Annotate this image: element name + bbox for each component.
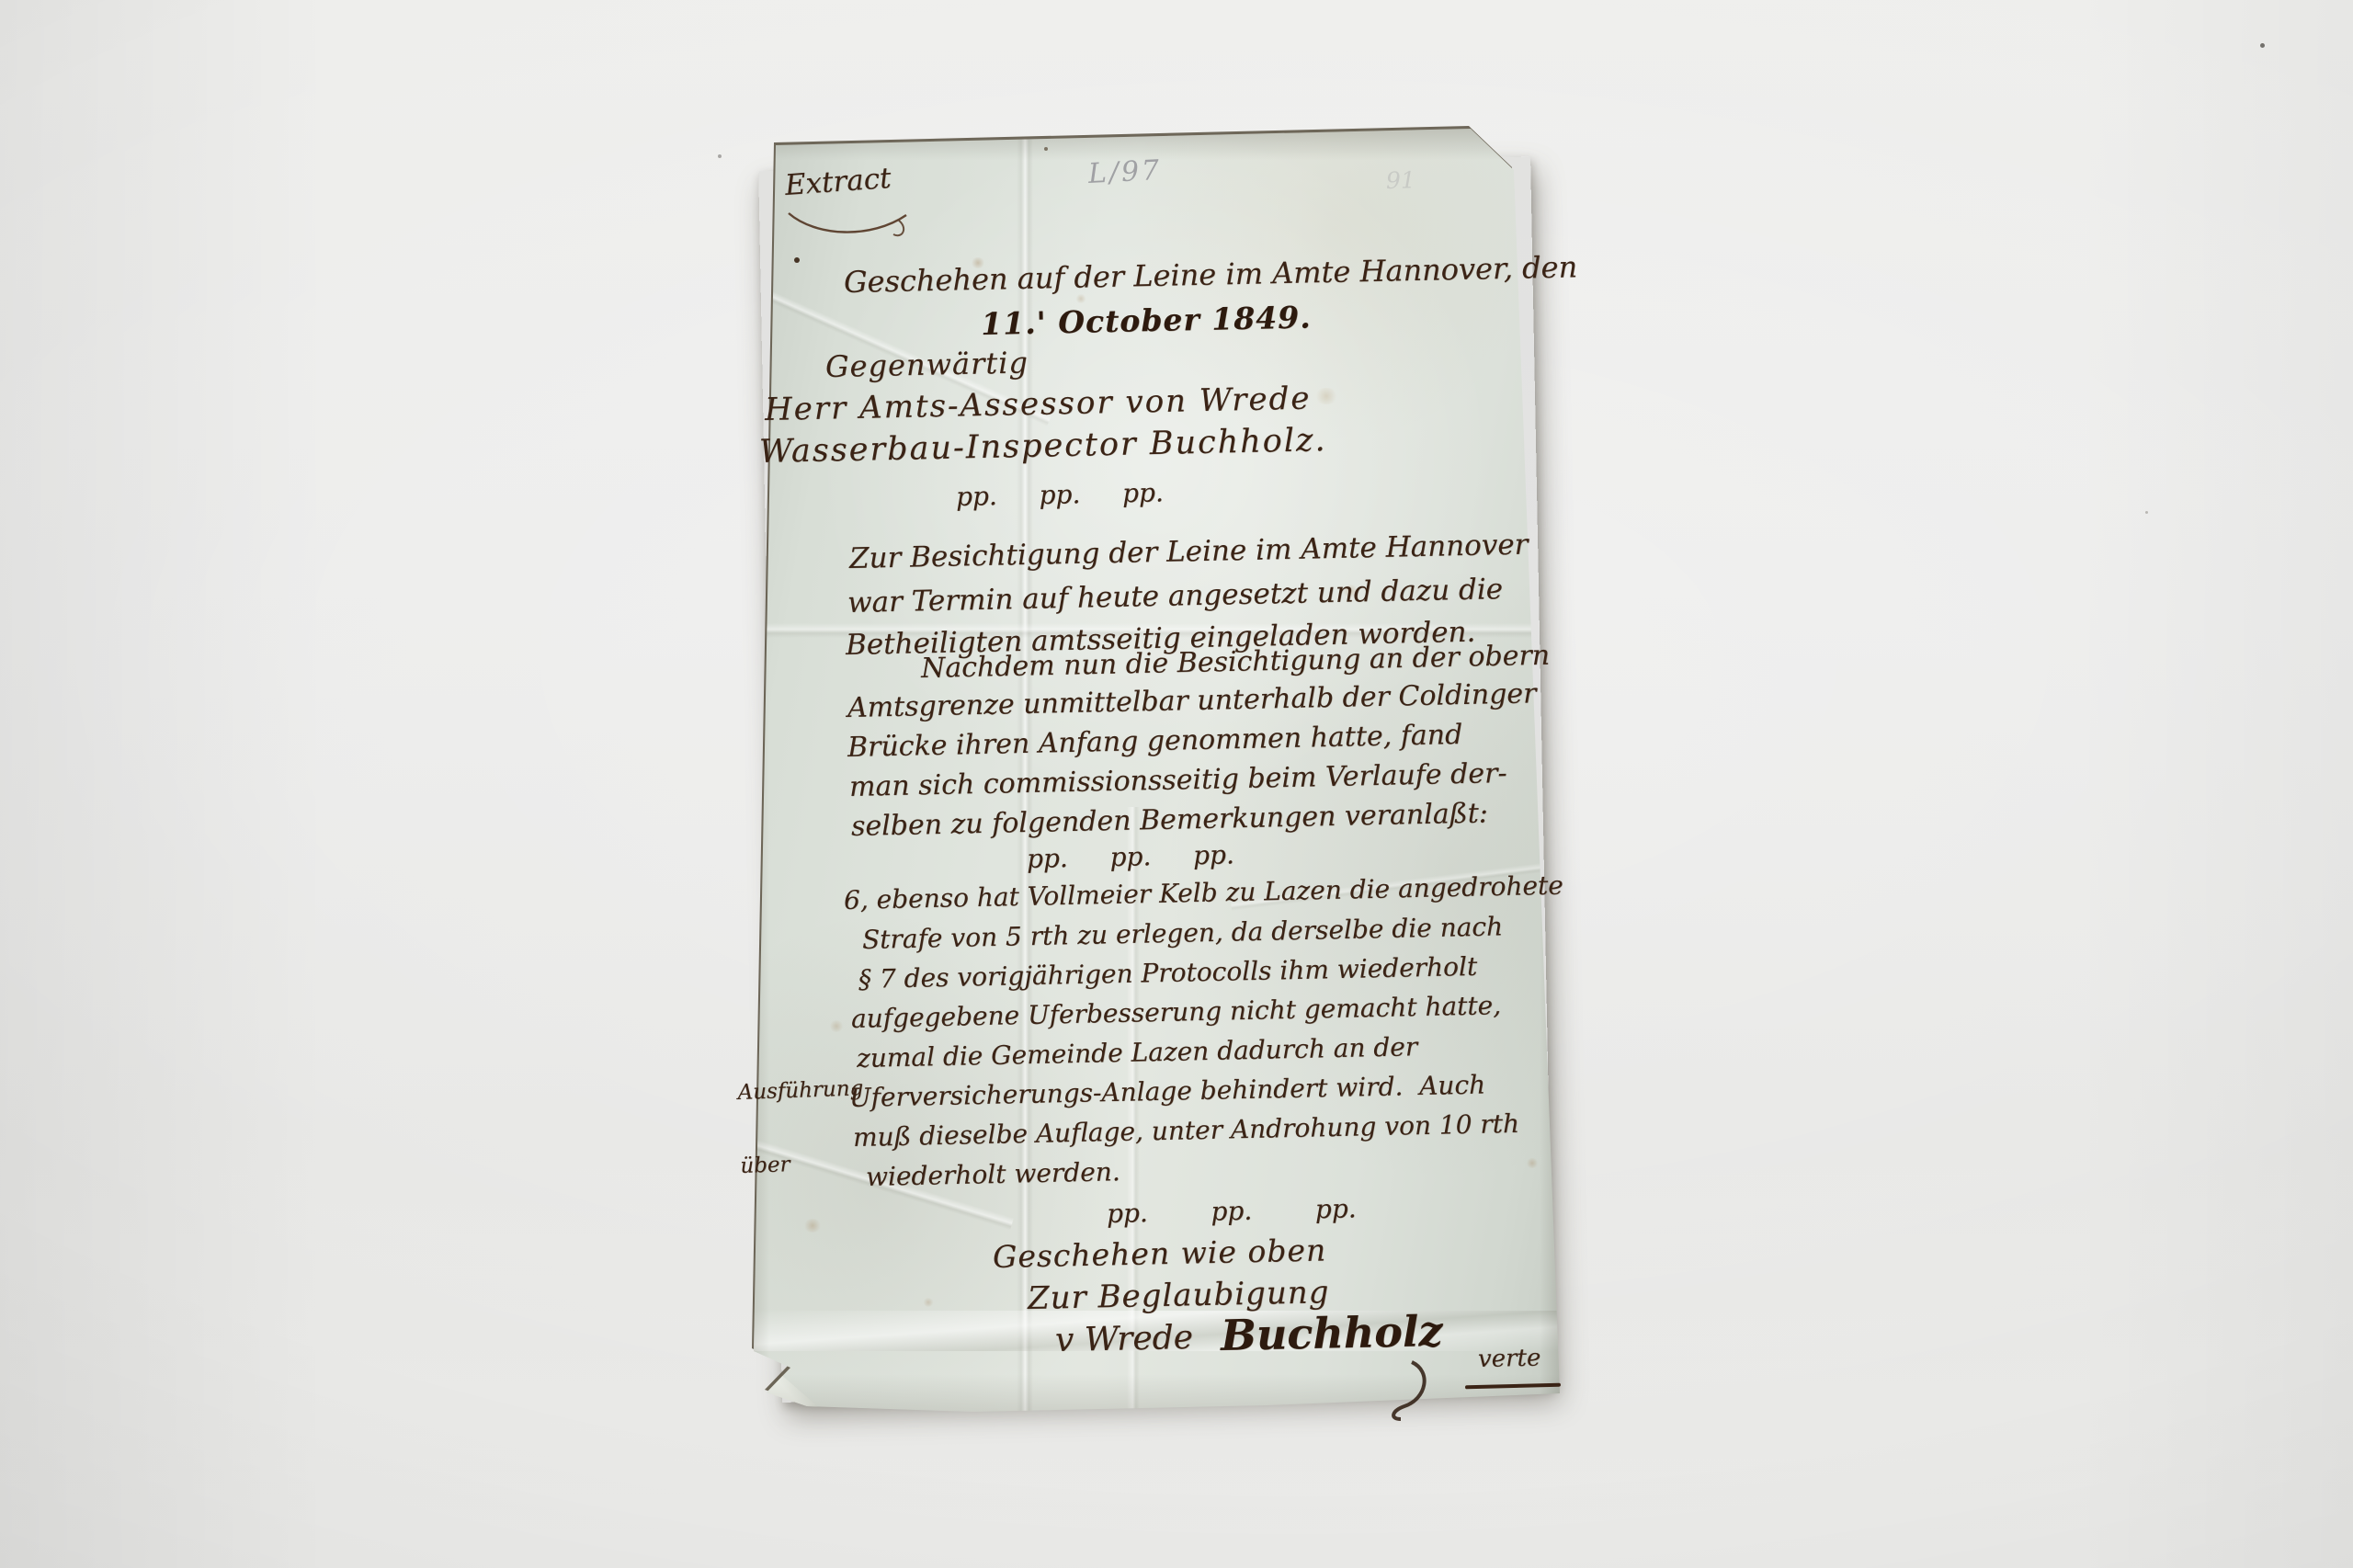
turn-over-note: verte bbox=[1478, 1345, 1541, 1373]
closing-line-1: Geschehen wie oben bbox=[993, 1232, 1327, 1275]
header-line-2: 11.' October 1849. bbox=[847, 296, 1446, 345]
body-line: Uferversicherungs-Anlage behindert wird.… bbox=[849, 1070, 1486, 1113]
document-text-layer: Extract L/97 91 Geschehen auf der Leine … bbox=[752, 127, 1561, 1415]
pencil-archive-code: L/97 bbox=[1087, 154, 1163, 190]
margin-note: Ausführung über bbox=[735, 1028, 868, 1226]
dust-speck bbox=[718, 154, 722, 158]
dust-speck bbox=[2145, 511, 2148, 514]
body-line: wiederholt werden. bbox=[866, 1156, 1120, 1192]
body-line: Brücke ihren Anfang genommen hatte, fand bbox=[847, 719, 1463, 764]
annotation-extract: Extract bbox=[784, 162, 892, 202]
photo-stage: Extract L/97 91 Geschehen auf der Leine … bbox=[0, 0, 2353, 1568]
body-line: selben zu folgenden Bemerkungen veranlaß… bbox=[851, 797, 1489, 843]
margin-note-line-1: Ausführung bbox=[737, 1076, 864, 1105]
turn-over-underline bbox=[1465, 1383, 1561, 1390]
signature-buchholz: Buchholz bbox=[1220, 1306, 1443, 1360]
attendee-1: Herr Amts-Assessor von Wrede bbox=[765, 381, 1312, 428]
attendee-2: Wasserbau-Inspector Buchholz. bbox=[759, 422, 1327, 471]
body-line: 6, ebenso hat Vollmeier Kelb zu Lazen di… bbox=[844, 870, 1564, 915]
signature-flourish bbox=[1384, 1358, 1458, 1423]
body-line: aufgegebene Uferbesserung nicht gemacht … bbox=[851, 990, 1502, 1034]
body-line: zumal die Gemeinde Lazen dadurch an der bbox=[857, 1031, 1418, 1074]
pp-divider-1: pp. pp. pp. bbox=[956, 477, 1165, 512]
dust-speck bbox=[2260, 43, 2265, 48]
body-line: war Termin auf heute angesetzt und dazu … bbox=[847, 573, 1504, 619]
margin-note-line-2: über bbox=[740, 1150, 867, 1178]
signature-von-wrede: v Wrede bbox=[1055, 1319, 1194, 1359]
attendees-intro: Gegenwärtig bbox=[825, 345, 1029, 384]
header-line-1: Geschehen auf der Leine im Amte Hannover… bbox=[844, 250, 1565, 300]
pencil-faint-mark: 91 bbox=[1386, 166, 1415, 194]
body-line: man sich commissionsseitig beim Verlaufe… bbox=[849, 757, 1507, 803]
body-line: Strafe von 5 rth zu erlegen, da derselbe… bbox=[862, 911, 1504, 955]
body-line: § 7 des vorigjährigen Protocolls ihm wie… bbox=[858, 951, 1478, 994]
body-line: Zur Besichtigung der Leine im Amte Hanno… bbox=[849, 528, 1529, 575]
extract-underline-flourish bbox=[783, 204, 921, 244]
body-line: muß dieselbe Auflage, unter Androhung vo… bbox=[853, 1108, 1520, 1153]
pp-divider-2: pp. pp. pp. bbox=[1027, 839, 1235, 874]
pp-divider-3: pp. pp. pp. bbox=[1107, 1193, 1357, 1229]
body-line: Amtsgrenze unmittelbar unterhalb der Col… bbox=[847, 677, 1537, 724]
